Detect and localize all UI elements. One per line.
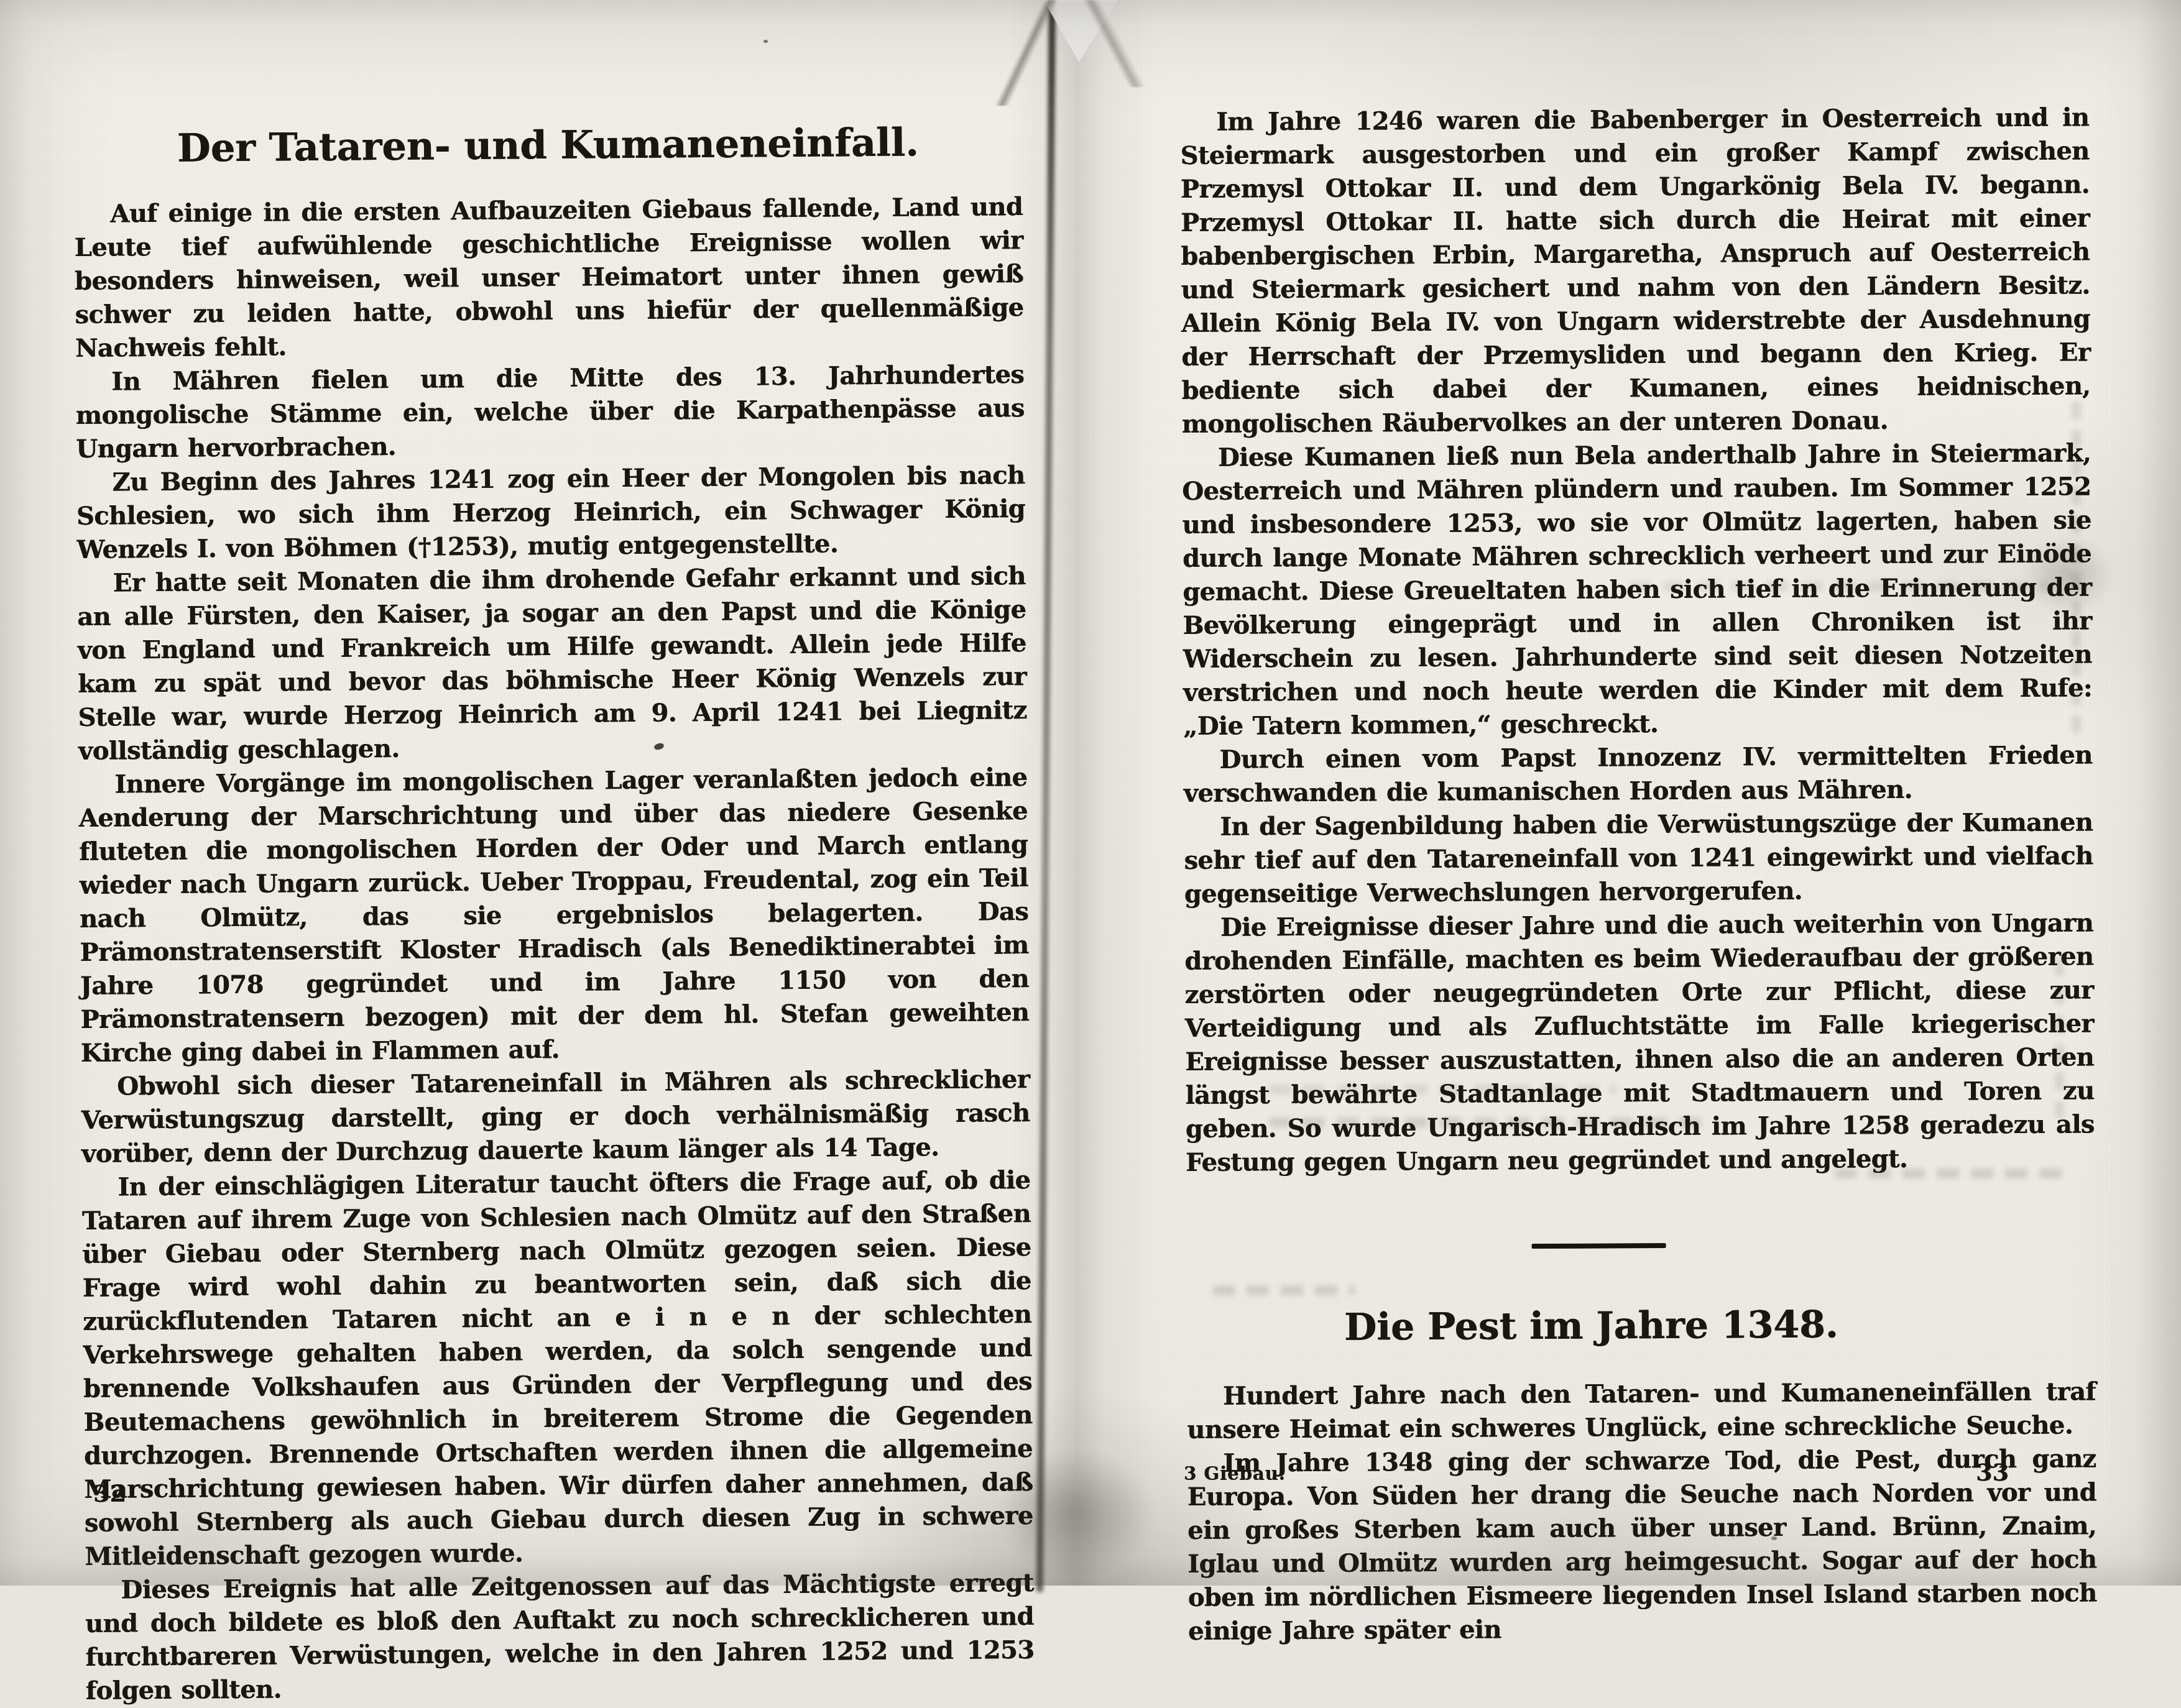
printer-signature: 3 Giebau. bbox=[1184, 1463, 1286, 1484]
paragraph-right-5: Die Ereignisse dieser Jahre und die auch… bbox=[1184, 906, 2095, 1180]
crease-streak bbox=[1076, 0, 1150, 87]
chapter-title: Der Tataren- und Kumaneneinfall. bbox=[73, 120, 1022, 170]
paragraph-right-3: Durch einen vom Papst Innozenz IV. vermi… bbox=[1183, 738, 2093, 810]
paragraph-left-2: In Mähren fielen um die Mitte des 13. Ja… bbox=[75, 358, 1025, 466]
paragraph-left-7: In der einschlägigen Literatur taucht öf… bbox=[81, 1164, 1033, 1574]
ink-speck bbox=[763, 40, 768, 43]
paragraph-left-6: Obwohl sich dieser Tatareneinfall in Mäh… bbox=[81, 1063, 1030, 1171]
section-heading: Die Pest im Jahre 1348. bbox=[1186, 1303, 2095, 1349]
section-separator bbox=[1532, 1243, 1666, 1249]
paragraph-left-4: Er hatte seit Monaten die ihm drohende G… bbox=[77, 559, 1027, 768]
paragraph-pest-1: Hundert Jahre nach den Tataren- und Kuma… bbox=[1187, 1375, 2096, 1447]
paragraph-left-5: Innere Vorgänge im mongolischen Lager ve… bbox=[78, 761, 1030, 1070]
crease-streak bbox=[995, 0, 1057, 106]
paragraph-left-3: Zu Beginn des Jahres 1241 zog ein Heer d… bbox=[76, 459, 1025, 567]
left-page: Der Tataren- und Kumaneneinfall. Auf ein… bbox=[73, 120, 1035, 1586]
paragraph-right-1: Im Jahre 1246 waren die Babenberger in O… bbox=[1180, 101, 2091, 441]
scanned-book-spread: Der Tataren- und Kumaneneinfall. Auf ein… bbox=[0, 0, 2181, 1586]
paragraph-right-2: Diese Kumanen ließ nun Bela anderthalb J… bbox=[1182, 436, 2093, 743]
paragraph-right-4: In der Sagenbildung haben die Verwüstung… bbox=[1184, 806, 2093, 911]
page-number-left: 32 bbox=[93, 1479, 126, 1507]
right-page: Im Jahre 1246 waren die Babenberger in O… bbox=[1180, 101, 2097, 1586]
paragraph-left-1: Auf einige in die ersten Aufbauzeiten Gi… bbox=[74, 190, 1024, 365]
page-number-right: 33 bbox=[1976, 1458, 2009, 1486]
paragraph-pest-2: Im Jahre 1348 ging der schwarze Tod, die… bbox=[1187, 1442, 2097, 1586]
